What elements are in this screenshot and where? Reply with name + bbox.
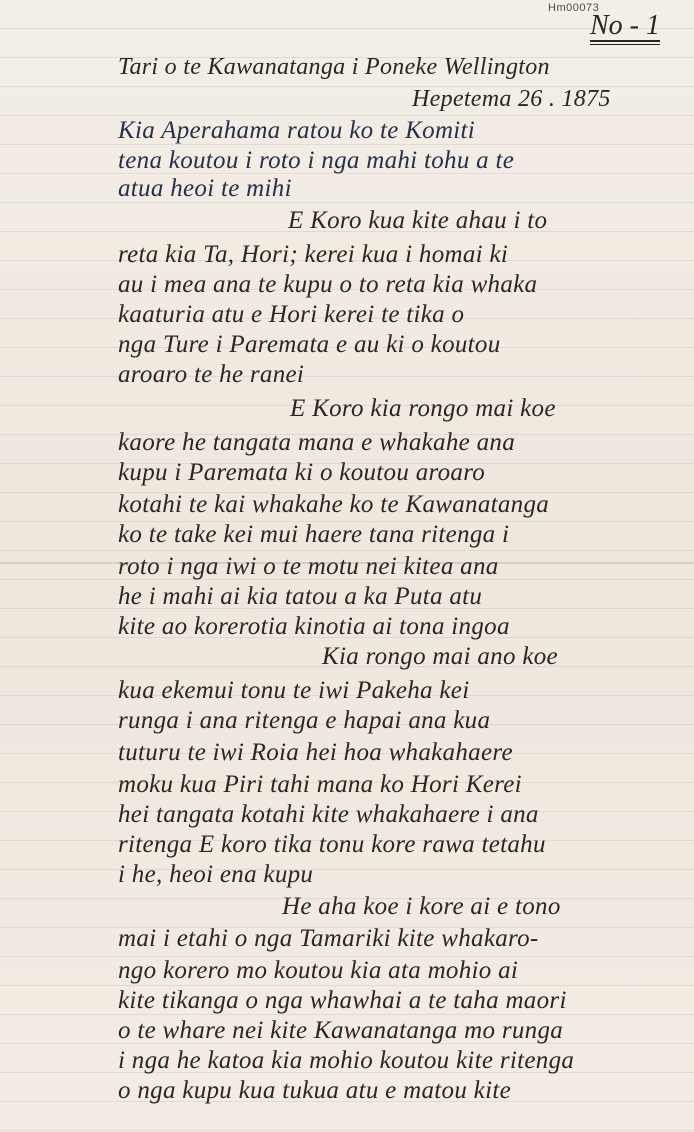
- date-line: Hepetema 26 . 1875: [412, 84, 611, 114]
- text-line: mai i etahi o nga Tamariki kite whakaro-: [118, 924, 539, 954]
- text-line: hei tangata kotahi kite whakahaere i ana: [118, 800, 539, 830]
- text-line: moku kua Piri tahi mana ko Hori Kerei: [118, 770, 522, 800]
- text-line: Kia Aperahama ratou ko te Komiti: [118, 116, 475, 146]
- text-line: roto i nga iwi o te motu nei kitea ana: [118, 552, 499, 582]
- text-line: runga i ana ritenga e hapai ana kua: [118, 706, 490, 736]
- text-line: atua heoi te mihi: [118, 174, 292, 204]
- text-line: tena koutou i roto i nga mahi tohu a te: [118, 146, 514, 176]
- text-line: E Koro kua kite ahau i to: [288, 206, 547, 236]
- text-line: Kia rongo mai ano koe: [322, 642, 558, 672]
- text-line: reta kia Ta, Hori; kerei kua i homai ki: [118, 240, 508, 270]
- text-line: ngo korero mo koutou kia ata mohio ai: [118, 956, 518, 986]
- text-line: kaaturia atu e Hori kerei te tika o: [118, 300, 464, 330]
- text-line: o te whare nei kite Kawanatanga mo runga: [118, 1016, 563, 1046]
- text-line: kite tikanga o nga whawhai a te taha mao…: [118, 986, 567, 1016]
- text-line: ko te take kei mui haere tana ritenga i: [118, 520, 509, 550]
- text-line: tuturu te iwi Roia hei hoa whakahaere: [118, 738, 513, 768]
- text-line: i he, heoi ena kupu: [118, 860, 313, 890]
- text-line: kaore he tangata mana e whakahe ana: [118, 428, 515, 458]
- text-line: E Koro kia rongo mai koe: [290, 394, 556, 424]
- text-line: kupu i Paremata ki o koutou aroaro: [118, 458, 485, 488]
- text-line: o nga kupu kua tukua atu e matou kite: [118, 1076, 511, 1106]
- text-line: kite ao korerotia kinotia ai tona ingoa: [118, 612, 510, 642]
- text-line: au i mea ana te kupu o to reta kia whaka: [118, 270, 537, 300]
- text-line: kua ekemui tonu te iwi Pakeha kei: [118, 676, 469, 706]
- manuscript-page: Hm00073 No - 1 Tari o te Kawanatanga i P…: [0, 0, 694, 1132]
- text-line: nga Ture i Paremata e au ki o koutou: [118, 330, 501, 360]
- text-line: he i mahi ai kia tatou a ka Puta atu: [118, 582, 482, 612]
- text-line: i nga he katoa kia mohio koutou kite rit…: [118, 1046, 574, 1076]
- text-line: kotahi te kai whakahe ko te Kawanatanga: [118, 490, 549, 520]
- header-line: Tari o te Kawanatanga i Poneke Wellingto…: [118, 52, 550, 82]
- text-line: ritenga E koro tika tonu kore rawa tetah…: [118, 830, 546, 860]
- text-line: aroaro te he ranei: [118, 360, 304, 390]
- document-number: No - 1: [590, 12, 660, 42]
- text-line: He aha koe i kore ai e tono: [282, 892, 561, 922]
